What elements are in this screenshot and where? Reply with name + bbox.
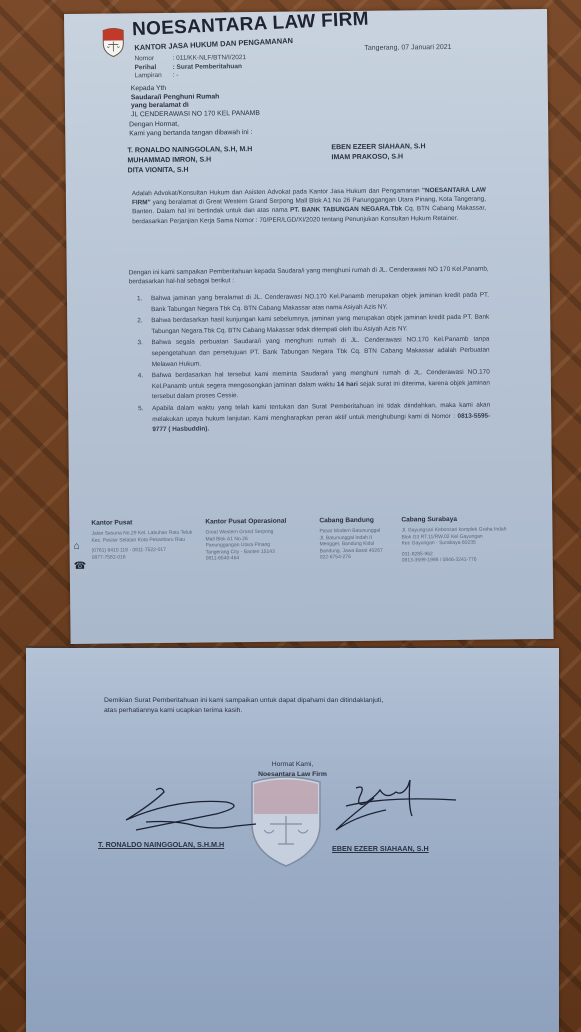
signer-name: IMAM PRAKOSO, S.H <box>331 152 425 163</box>
signatory-right-name: EBEN EZEER SIAHAAN, S.H <box>332 844 429 853</box>
bank-name-inline: PT. BANK TABUNGAN NEGARA.Tbk <box>290 206 402 214</box>
notice-paragraph: Dengan ini kami sampaikan Pemberitahuan … <box>129 265 489 287</box>
home-icon: ⌂ <box>74 542 84 552</box>
recipient-block: Kepada Yth Saudara/i Penghuni Rumah yang… <box>131 84 260 119</box>
list-item: 1.Bahwa jaminan yang beralamat di JL. Ce… <box>137 291 489 316</box>
meta-value: : - <box>173 72 179 81</box>
item-number: 5. <box>138 404 152 436</box>
greeting-block: Dengan Hormat, Kami yang bertanda tangan… <box>129 120 252 138</box>
signer-name: DITA VIONITA, S.H <box>128 165 253 176</box>
firm-name: NOESANTARA LAW FIRM <box>132 9 370 42</box>
office-surabaya: Cabang Surabaya Jl. Gayungsari Kebonsari… <box>401 515 521 564</box>
letter-date: Tangerang, 07 Januari 2021 <box>364 44 451 52</box>
list-item: 5.Apabila dalam waktu yang telah kami te… <box>138 400 490 435</box>
meta-key: Lampiran <box>135 72 173 81</box>
office-kantor-pusat: Kantor Pusat Jalan Sesuna No.29 Kel. Lab… <box>91 519 201 562</box>
office-address: Kec Gayungan - Surabaya 60235 <box>402 539 522 547</box>
firm-logo-icon <box>102 27 124 57</box>
list-item: 3.Bahwa segala perbuatan Saudara/i yang … <box>137 335 489 370</box>
item-text: Bahwa berdasarkan hal tersebut kami memi… <box>152 368 490 403</box>
item-text: Bahwa berdasarkan hasil kunjungan kami s… <box>151 313 489 338</box>
item-number: 4. <box>138 371 152 403</box>
deadline: 14 hari <box>337 381 358 388</box>
intro-paragraph: Adalah Advokat/Konsultan Hukum dan Asist… <box>132 186 486 227</box>
letter-footer: ⌂ ☎ Kantor Pusat Jalan Sesuna No.29 Kel.… <box>69 515 553 580</box>
office-operasional: Kantor Pusat Operasional Great Western G… <box>205 517 315 562</box>
signer-name: EBEN EZEER SIAHAAN, S.H <box>331 142 425 153</box>
office-title: Kantor Pusat <box>91 519 201 528</box>
office-bandung: Cabang Bandung Pasar Modern Batununggal … <box>319 517 399 562</box>
list-item: 4.Bahwa berdasarkan hal tersebut kami me… <box>138 368 490 403</box>
telephone-icon: ☎ <box>74 562 84 572</box>
meta-value: : Surat Pemberitahuan <box>173 63 242 72</box>
letter-meta: Nomor: 011/KK-NLF/BTN/I/2021 Perihal: Su… <box>134 54 246 81</box>
recipient-address: JL CENDERAWASI NO 170 KEL PANAMB <box>131 109 260 119</box>
closing-paragraph: Demikian Surat Pemberitahuan ini kami sa… <box>104 696 504 716</box>
regards-text: Hormat Kami, <box>26 760 559 770</box>
office-phone: 0813-3599-1998 / 0846-3241-776 <box>402 557 522 565</box>
fold-line <box>26 646 546 647</box>
item-number: 1. <box>137 294 151 315</box>
office-title: Cabang Bandung <box>319 517 399 526</box>
letter-page-top: NOESANTARA LAW FIRM KANTOR JASA HUKUM DA… <box>64 9 554 644</box>
signer-name: T. RONALDO NAINGGOLAN, S.H, M.H <box>127 145 252 156</box>
closing-line: atas perhatiannya kami ucapkan terima ka… <box>104 706 504 716</box>
office-title: Kantor Pusat Operasional <box>205 517 315 526</box>
signers-right: EBEN EZEER SIAHAAN, S.H IMAM PRAKOSO, S.… <box>331 142 425 163</box>
points-list: 1.Bahwa jaminan yang beralamat di JL. Ce… <box>137 291 490 437</box>
item-text: Bahwa segala perbuatan Saudara/i yang me… <box>151 335 489 370</box>
list-item: 2.Bahwa berdasarkan hasil kunjungan kami… <box>137 313 489 338</box>
closing-line: Demikian Surat Pemberitahuan ini kami sa… <box>104 696 504 706</box>
signatory-left-name: T. RONALDO NAINGGOLAN, S.H.M.H <box>98 840 224 849</box>
signers-left: T. RONALDO NAINGGOLAN, S.H, M.H MUHAMMAD… <box>127 145 252 176</box>
item-number: 2. <box>137 316 151 337</box>
item-number: 3. <box>137 338 151 370</box>
signature-left-icon <box>116 780 266 840</box>
greeting-line: Kami yang bertanda tangan dibawah ini : <box>129 129 252 139</box>
signature-right-icon <box>326 776 466 836</box>
item-text: Apabila dalam waktu yang telah kami tent… <box>152 400 490 435</box>
office-phone: 0877-7582-016 <box>92 553 202 561</box>
item-text: Bahwa jaminan yang beralamat di JL. Cend… <box>151 291 489 316</box>
office-phone: 022-6754-276 <box>320 554 400 561</box>
text: Apabila dalam waktu yang telah kami tent… <box>152 401 490 422</box>
office-address: Kec. Pesisir Selatan Kota Pekanbaru Riau <box>91 536 201 544</box>
office-title: Cabang Surabaya <box>401 515 521 524</box>
letter-page-bottom: Demikian Surat Pemberitahuan ini kami sa… <box>26 648 559 1032</box>
office-phone: 0811-6540-464 <box>206 555 316 563</box>
